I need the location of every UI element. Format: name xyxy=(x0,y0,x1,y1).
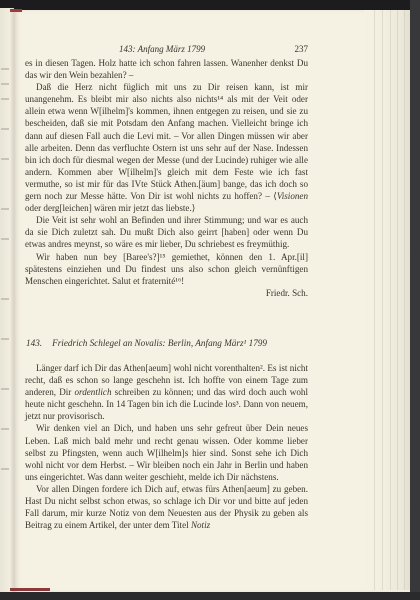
italic-emphasis: Visionen xyxy=(277,191,308,201)
paragraph: Vor allen Dingen fordere ich Dich auf, e… xyxy=(25,483,308,531)
paragraph: Länger darf ich Dir das Athen[aeum] wohl… xyxy=(25,362,308,422)
letter-heading: 143.Friedrich Schlegel an Novalis: Berli… xyxy=(26,338,316,348)
signature: Friedr. Sch. xyxy=(25,287,308,299)
letter-143-body: Länger darf ich Dir das Athen[aeum] wohl… xyxy=(25,362,308,531)
letter-number: 143. xyxy=(26,338,42,348)
paragraph: es in diesen Tagen. Holz hatte ich schon… xyxy=(25,57,308,81)
bookmark-ribbon xyxy=(10,9,22,12)
italic-emphasis: Notiz xyxy=(191,520,210,530)
paragraph: Wir denken viel an Dich, und haben uns s… xyxy=(25,422,308,482)
page-number: 237 xyxy=(295,44,309,54)
letter-142-conclusion: es in diesen Tagen. Holz hatte ich schon… xyxy=(25,57,308,299)
italic-emphasis: ordentlich xyxy=(74,387,111,397)
paragraph: Wir haben nun bey [Baree's?]¹⁵ gemiethet… xyxy=(25,251,308,287)
letter-title: Friedrich Schlegel an Novalis: Berlin, A… xyxy=(52,338,267,348)
facing-page-edge xyxy=(0,8,14,596)
scan-background-top xyxy=(0,0,420,10)
running-head: 143: Anfang März 1799 237 xyxy=(25,44,308,56)
binding-edge xyxy=(10,588,50,591)
paragraph: Die Veit ist sehr wohl an Befinden und i… xyxy=(25,214,308,250)
running-head-title: 143: Anfang März 1799 xyxy=(119,44,205,54)
paragraph: Daß die Herz nicht füglich mit uns zu Di… xyxy=(25,81,308,214)
page-stack-edge xyxy=(364,10,412,590)
scan-background-right xyxy=(410,0,420,600)
scan-background-bottom xyxy=(0,592,420,600)
